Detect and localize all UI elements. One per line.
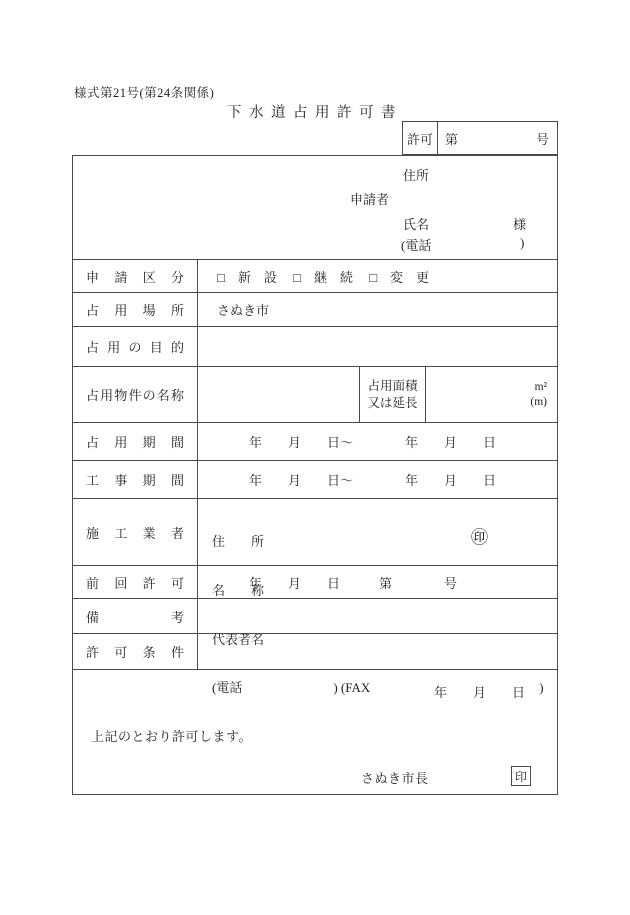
remarks-label: 備考 bbox=[86, 607, 184, 626]
occupancy-period-label-cell: 占用期間 bbox=[73, 423, 198, 460]
previous-permit-row: 前回許可 年 月 日 第 号 bbox=[73, 565, 557, 598]
remarks-label-cell: 備考 bbox=[73, 599, 198, 633]
permit-number-prefix: 第 bbox=[445, 129, 458, 148]
purpose-value-cell bbox=[199, 327, 557, 366]
occupancy-period-value: 年 月 日～ 年 月 日 bbox=[199, 432, 496, 451]
area-unit-m: (m) bbox=[530, 395, 547, 410]
applicant-phone-close: ) bbox=[520, 235, 524, 251]
applicant-honorific: 様 bbox=[513, 214, 526, 233]
remarks-value-cell bbox=[199, 599, 557, 633]
mayor-seal-icon: 印 bbox=[511, 766, 531, 786]
permit-label: 許可 bbox=[403, 122, 438, 154]
area-unit-m2: m² bbox=[535, 380, 547, 395]
area-label-line2: 又は延長 bbox=[367, 395, 417, 412]
contractor-address-line: 住 所 bbox=[212, 534, 557, 550]
category-label: 申請区分 bbox=[86, 267, 184, 286]
category-options: □ 新 設 □ 継 続 □ 変 更 bbox=[199, 267, 429, 286]
approval-row: 年 月 日 上記のとおり許可します。 さぬき市長 印 bbox=[73, 669, 557, 796]
area-label-line1: 占用面積 bbox=[367, 378, 417, 395]
approval-statement: 上記のとおり許可します。 bbox=[91, 726, 252, 745]
contractor-label: 施工業者 bbox=[86, 523, 184, 542]
category-row: 申請区分 □ 新 設 □ 継 続 □ 変 更 bbox=[73, 259, 557, 292]
occupancy-period-value-cell: 年 月 日～ 年 月 日 bbox=[199, 423, 557, 460]
applicant-address-label: 住所 bbox=[403, 165, 429, 184]
purpose-label-cell: 占用の目的 bbox=[73, 327, 198, 366]
purpose-row: 占用の目的 bbox=[73, 326, 557, 366]
applicant-label: 申請者 bbox=[350, 189, 389, 208]
contractor-seal-icon: ㊞ bbox=[471, 530, 488, 546]
purpose-label: 占用の目的 bbox=[86, 337, 184, 356]
construction-period-label-cell: 工事期間 bbox=[73, 461, 198, 498]
conditions-label: 許可条件 bbox=[86, 642, 184, 661]
remarks-row: 備考 bbox=[73, 598, 557, 633]
permit-table: 住所 申請者 氏名 様 (電話 ) 申請区分 □ 新 設 □ 継 続 □ 変 更… bbox=[72, 155, 558, 795]
occupancy-period-label: 占用期間 bbox=[86, 432, 184, 451]
contractor-value-cell: 住 所 名 称 代表者名 (電話 ) (FAX ) ㊞ bbox=[199, 499, 557, 565]
previous-permit-label-cell: 前回許可 bbox=[73, 566, 198, 598]
area-unit-cell: m² (m) bbox=[426, 367, 557, 422]
contractor-row: 施工業者 住 所 名 称 代表者名 (電話 ) (FAX ) ㊞ bbox=[73, 498, 557, 565]
mayor-signature-label: さぬき市長 bbox=[361, 768, 429, 787]
contractor-label-cell: 施工業者 bbox=[73, 499, 198, 565]
form-number: 様式第21号(第24条関係) bbox=[74, 83, 214, 101]
permit-number-suffix: 号 bbox=[536, 129, 549, 148]
property-row: 占用物件の名称 占用面積 又は延長 m² (m) bbox=[73, 366, 557, 422]
applicant-name-label: 氏名 bbox=[403, 214, 429, 233]
conditions-row: 許可条件 bbox=[73, 633, 557, 669]
construction-period-row: 工事期間 年 月 日～ 年 月 日 bbox=[73, 460, 557, 498]
construction-period-value: 年 月 日～ 年 月 日 bbox=[199, 470, 496, 489]
place-value: さぬき市 bbox=[199, 300, 269, 319]
place-row: 占用場所 さぬき市 bbox=[73, 292, 557, 326]
construction-period-label: 工事期間 bbox=[86, 470, 184, 489]
previous-permit-label: 前回許可 bbox=[86, 573, 184, 592]
property-label-cell: 占用物件の名称 bbox=[73, 367, 198, 422]
occupancy-period-row: 占用期間 年 月 日～ 年 月 日 bbox=[73, 422, 557, 460]
place-label: 占用場所 bbox=[86, 300, 184, 319]
category-label-cell: 申請区分 bbox=[73, 260, 198, 292]
category-value-cell: □ 新 設 □ 継 続 □ 変 更 bbox=[199, 260, 557, 292]
conditions-label-cell: 許可条件 bbox=[73, 634, 198, 669]
permit-number-box: 許可 第 号 bbox=[402, 121, 558, 155]
document-title: 下水道占用許可書 bbox=[72, 101, 558, 122]
permit-number-field: 第 号 bbox=[438, 122, 557, 154]
area-label-cell: 占用面積 又は延長 bbox=[360, 367, 425, 422]
conditions-value-cell bbox=[199, 634, 557, 669]
property-value-cell bbox=[199, 367, 359, 422]
previous-permit-value-cell: 年 月 日 第 号 bbox=[199, 566, 557, 598]
approval-date: 年 月 日 bbox=[73, 682, 557, 701]
construction-period-value-cell: 年 月 日～ 年 月 日 bbox=[199, 461, 557, 498]
applicant-phone-open: (電話 bbox=[401, 235, 431, 254]
previous-permit-value: 年 月 日 第 号 bbox=[199, 573, 457, 592]
place-value-cell: さぬき市 bbox=[199, 293, 557, 326]
applicant-row: 住所 申請者 氏名 様 (電話 ) bbox=[73, 156, 557, 259]
property-label: 占用物件の名称 bbox=[86, 385, 184, 404]
place-label-cell: 占用場所 bbox=[73, 293, 198, 326]
